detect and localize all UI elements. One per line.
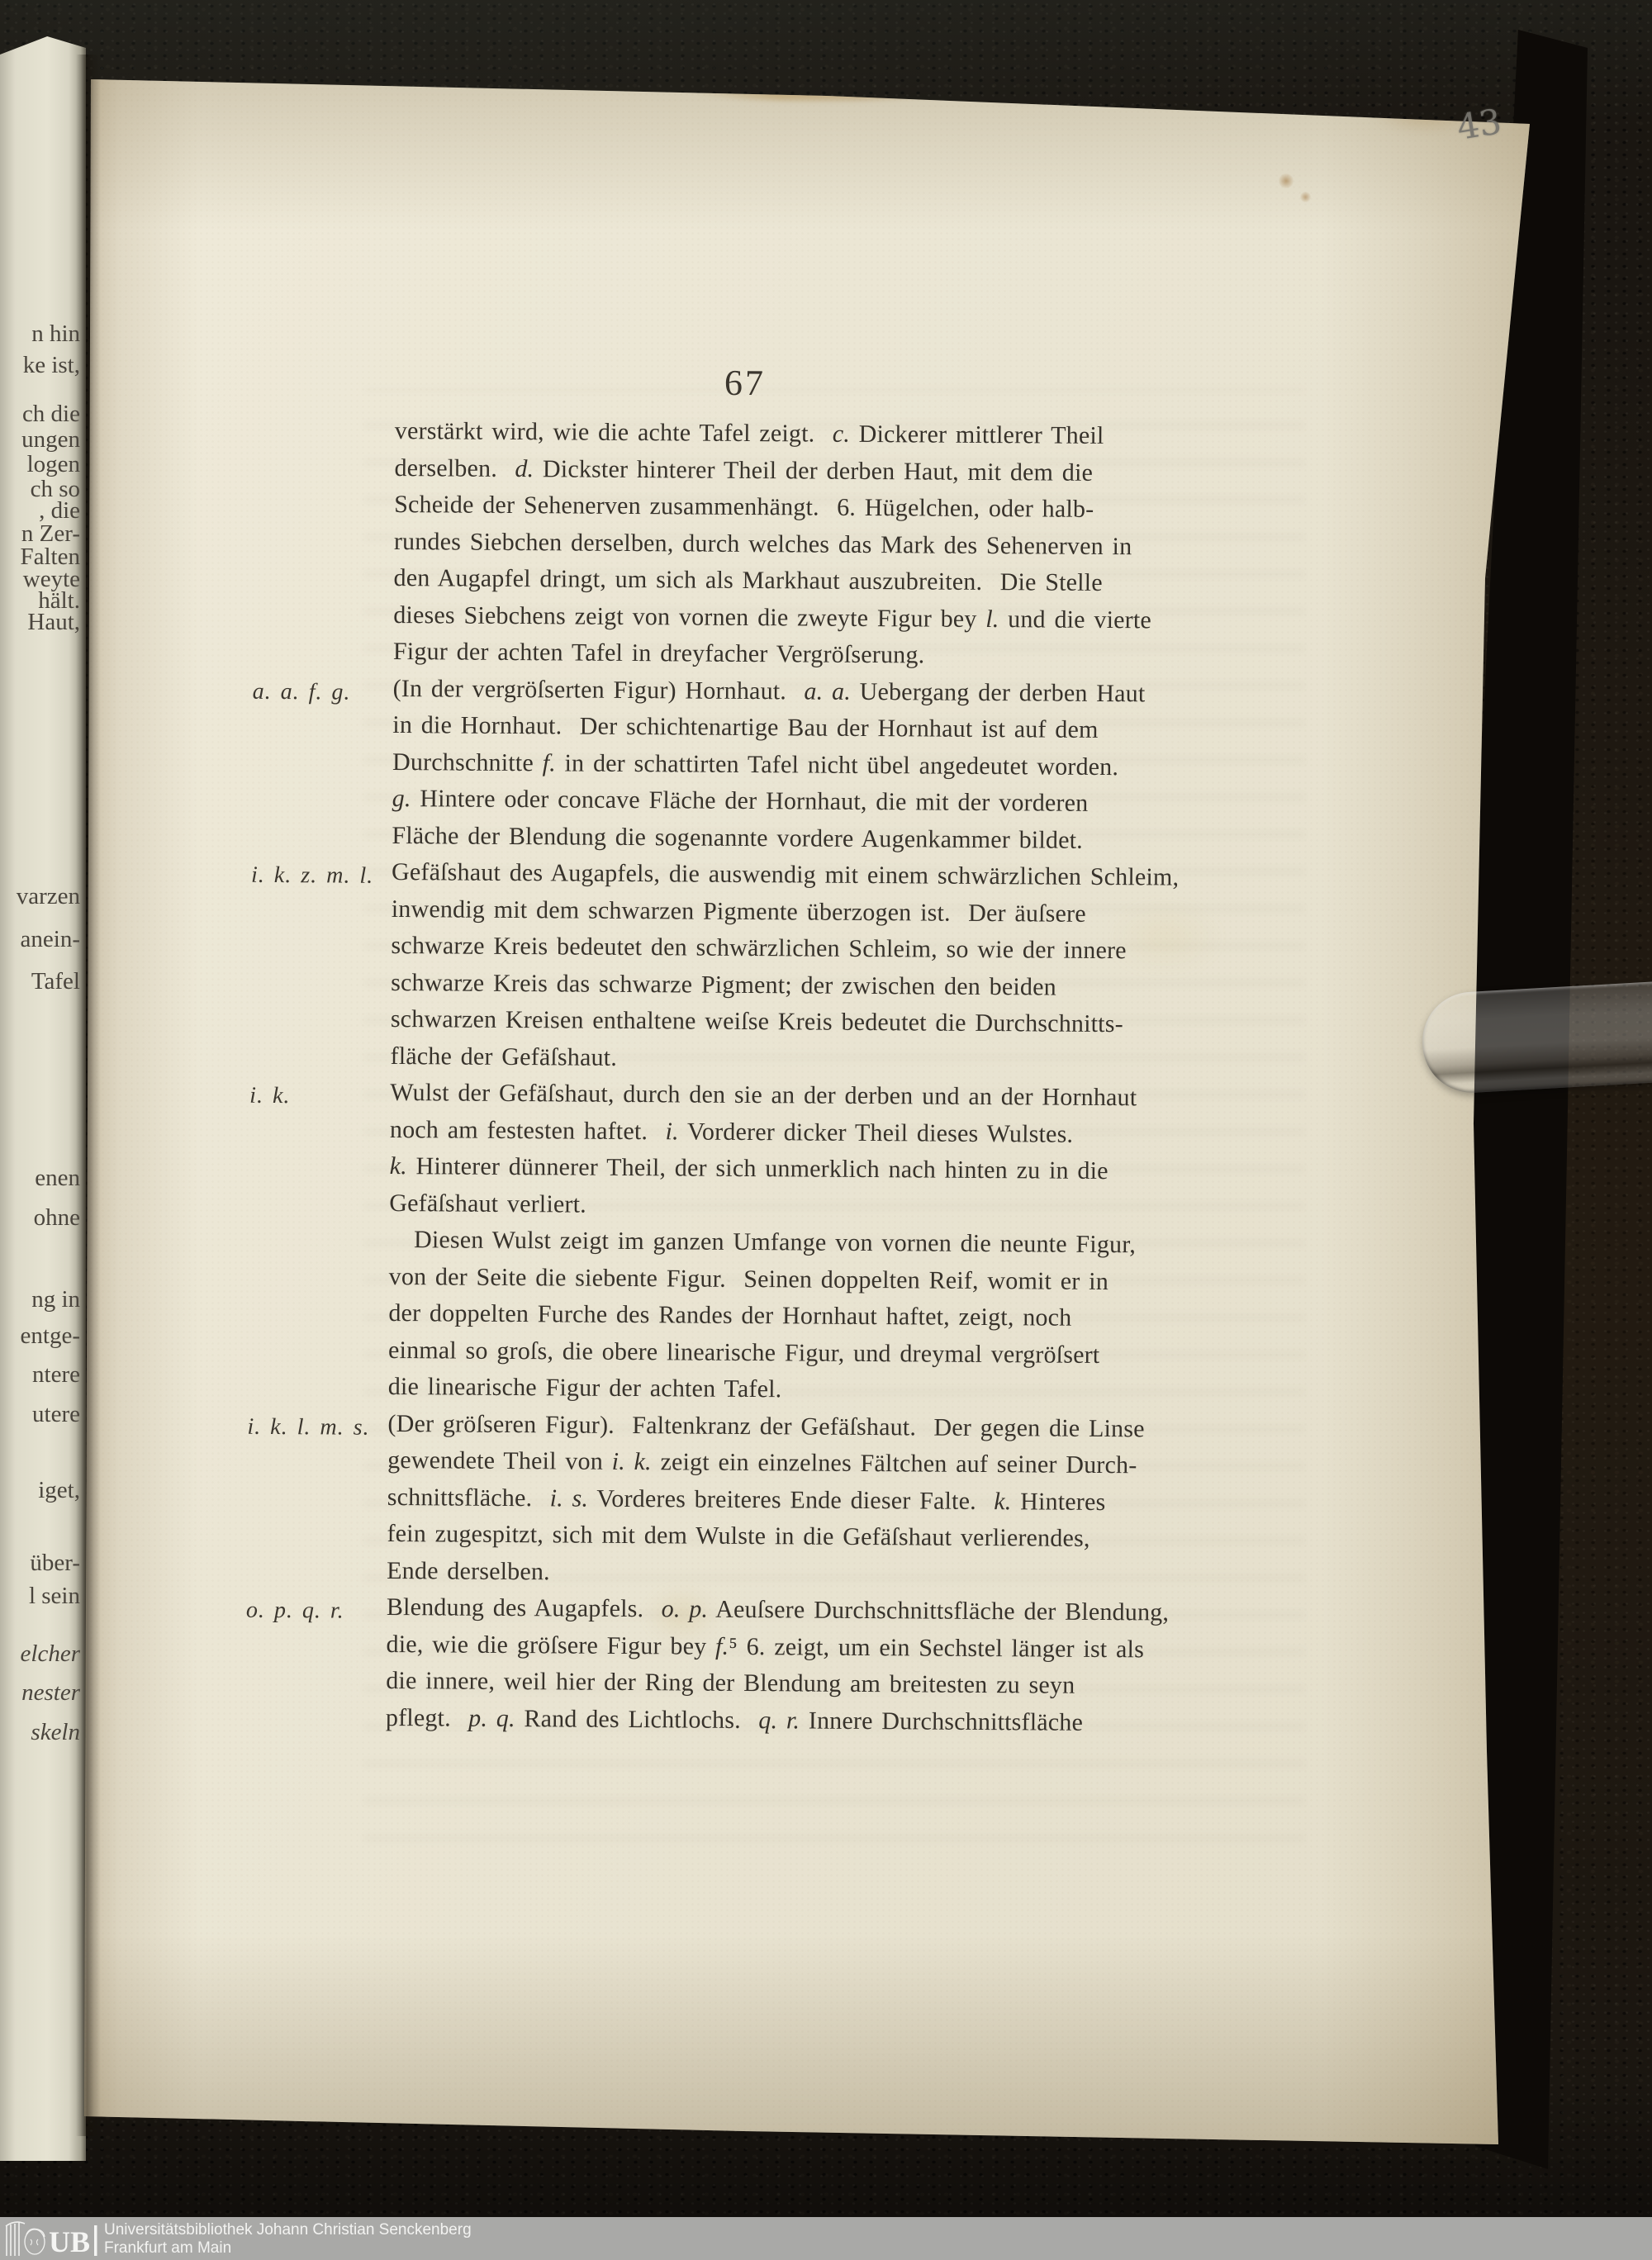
scanned-book-page: 67 43 verstärkt wird, wie die achte Tafe…: [0, 0, 1652, 2260]
text-line: die linearische Figur der achten Tafel.: [388, 1369, 1234, 1412]
margin-label: i. k. z. m. l.: [251, 857, 385, 895]
text-line: Blendung des Augapfels. o. p. Aeuſsere D…: [387, 1589, 1232, 1632]
text-line: schnittsfläche. i. s. Vorderes breiteres…: [387, 1479, 1233, 1522]
text-line: die innere, weil hier der Ring der Blend…: [386, 1663, 1232, 1706]
margin-fragment: nester: [21, 1679, 80, 1707]
text-line: gewendete Theil von i. k. zeigt ein einz…: [387, 1442, 1233, 1485]
library-name-block: Universitätsbibliothek Johann Christian …: [104, 2221, 472, 2258]
margin-fragment: ntere: [32, 1361, 80, 1389]
margin-fragment: logen: [27, 451, 80, 478]
margin-fragment: ohne: [34, 1204, 80, 1232]
text-line: rundes Siebchen derselben, durch welches…: [394, 523, 1240, 566]
text-line: Ende derselben.: [387, 1552, 1232, 1595]
margin-text-fragments: n hinke ist,ch dieungenlogench so, dien …: [0, 0, 84, 2260]
text-line: der doppelten Furche des Randes der Horn…: [388, 1295, 1234, 1338]
margin-fragment: skeln: [31, 1719, 80, 1746]
margin-fragment: Haut,: [27, 609, 80, 636]
text-line: noch am festesten haftet. i. Vorderer di…: [390, 1111, 1236, 1154]
paragraph: verstärkt wird, wie die achte Tafel zeig…: [393, 413, 1241, 677]
library-logo-icon: UB: [3, 2220, 101, 2258]
margin-fragment: ungen: [21, 426, 80, 453]
text-line: Diesen Wulst zeigt im ganzen Umfange von…: [389, 1222, 1235, 1265]
text-line: k. Hinterer dünnerer Theil, der sich unm…: [389, 1148, 1235, 1191]
text-line: Durchschnitte f. in der schattirten Tafe…: [392, 743, 1238, 786]
paragraph: o. p. q. r.Blendung des Augapfels. o. p.…: [386, 1589, 1232, 1742]
library-city: Frankfurt am Main: [104, 2239, 472, 2258]
margin-fragment: utere: [32, 1401, 80, 1428]
text-line: schwarzen Kreisen enthaltene weiſse Krei…: [391, 1001, 1237, 1044]
margin-fragment: Tafel: [31, 968, 80, 995]
margin-fragment: enen: [35, 1165, 80, 1192]
margin-fragment: ng in: [31, 1286, 80, 1313]
text-line: (Der gröſseren Figur). Faltenkranz der G…: [387, 1405, 1233, 1448]
paragraph: Diesen Wulst zeigt im ganzen Umfange von…: [388, 1222, 1236, 1412]
text-line: Wulst der Gefäſshaut, durch den sie an d…: [390, 1075, 1236, 1118]
text-line: Gefäſshaut des Augapfels, die auswendig …: [392, 854, 1237, 897]
text-line: den Augapfel dringt, um sich als Markhau…: [393, 560, 1239, 603]
paragraph: i. k. l. m. s.(Der gröſseren Figur). Fal…: [387, 1405, 1234, 1595]
margin-fragment: anein-: [21, 926, 80, 953]
foxing-spots: [1279, 173, 1294, 188]
pencil-folio-mark: 43: [1454, 101, 1503, 148]
text-line: fläche der Gefäſshaut.: [390, 1037, 1236, 1080]
text-line: pflegt. p. q. Rand des Lichtlochs. q. r.…: [386, 1699, 1232, 1742]
library-footer-bar: UB Universitätsbibliothek Johann Christi…: [0, 2217, 1652, 2260]
text-line: verstärkt wird, wie die achte Tafel zeig…: [395, 413, 1241, 456]
text-line: (In der vergröſserten Figur) Hornhaut. a…: [393, 670, 1239, 713]
page-number: 67: [695, 362, 795, 405]
margin-label: a. a. f. g.: [252, 673, 386, 711]
text-line: von der Seite die siebente Figur. Seinen…: [389, 1258, 1235, 1301]
margin-fragment: ke ist,: [23, 352, 80, 379]
margin-label: i. k.: [249, 1078, 383, 1116]
paragraph: a. a. f. g.(In der vergröſserten Figur) …: [392, 670, 1239, 860]
margin-label: o. p. q. r.: [246, 1593, 380, 1631]
paragraph: i. k.Wulst der Gefäſshaut, durch den sie…: [389, 1075, 1236, 1227]
text-line: g. Hintere oder concave Fläche der Hornh…: [392, 781, 1238, 824]
text-line: schwarze Kreis bedeutet den schwärzliche…: [391, 928, 1237, 971]
logo-ub-text: UB: [49, 2225, 90, 2258]
margin-fragment: entge-: [21, 1322, 80, 1350]
body-text: verstärkt wird, wie die achte Tafel zeig…: [386, 413, 1241, 1742]
text-line: Gefäſshaut verliert.: [389, 1185, 1235, 1227]
text-line: inwendig mit dem schwarzen Pigmente über…: [392, 890, 1237, 933]
margin-fragment: n hin: [31, 320, 80, 348]
margin-fragment: elcher: [21, 1640, 80, 1668]
text-line: die, wie die gröſsere Figur bey f.⁵ 6. z…: [386, 1626, 1232, 1669]
text-line: dieses Siebchens zeigt von vornen die zw…: [393, 596, 1239, 639]
transparent-page-holder: [1420, 981, 1652, 1095]
margin-fragment: über-: [30, 1550, 80, 1577]
text-line: fein zugespitzt, sich mit dem Wulste in …: [387, 1516, 1232, 1559]
text-line: derselben. d. Dickster hinterer Theil de…: [394, 449, 1240, 492]
paragraph: i. k. z. m. l.Gefäſshaut des Augapfels, …: [390, 854, 1237, 1080]
text-line: einmal so groſs, die obere linearische F…: [388, 1332, 1234, 1375]
margin-fragment: ch die: [22, 401, 80, 428]
margin-fragment: iget,: [38, 1477, 80, 1504]
text-line: in die Hornhaut. Der schichtenartige Bau…: [392, 707, 1238, 750]
margin-fragment: l sein: [29, 1583, 80, 1610]
text-line: Fläche der Blendung die sogenannte vorde…: [392, 817, 1237, 860]
margin-label: i. k. l. m. s.: [247, 1408, 381, 1446]
text-line: schwarze Kreis das schwarze Pigment; der…: [391, 964, 1237, 1007]
text-line: Scheide der Sehenerven zusammenhängt. 6.…: [394, 487, 1240, 529]
margin-fragment: varzen: [17, 883, 80, 910]
text-line: Figur der achten Tafel in dreyfacher Ver…: [393, 634, 1239, 677]
library-name: Universitätsbibliothek Johann Christian …: [104, 2221, 472, 2239]
